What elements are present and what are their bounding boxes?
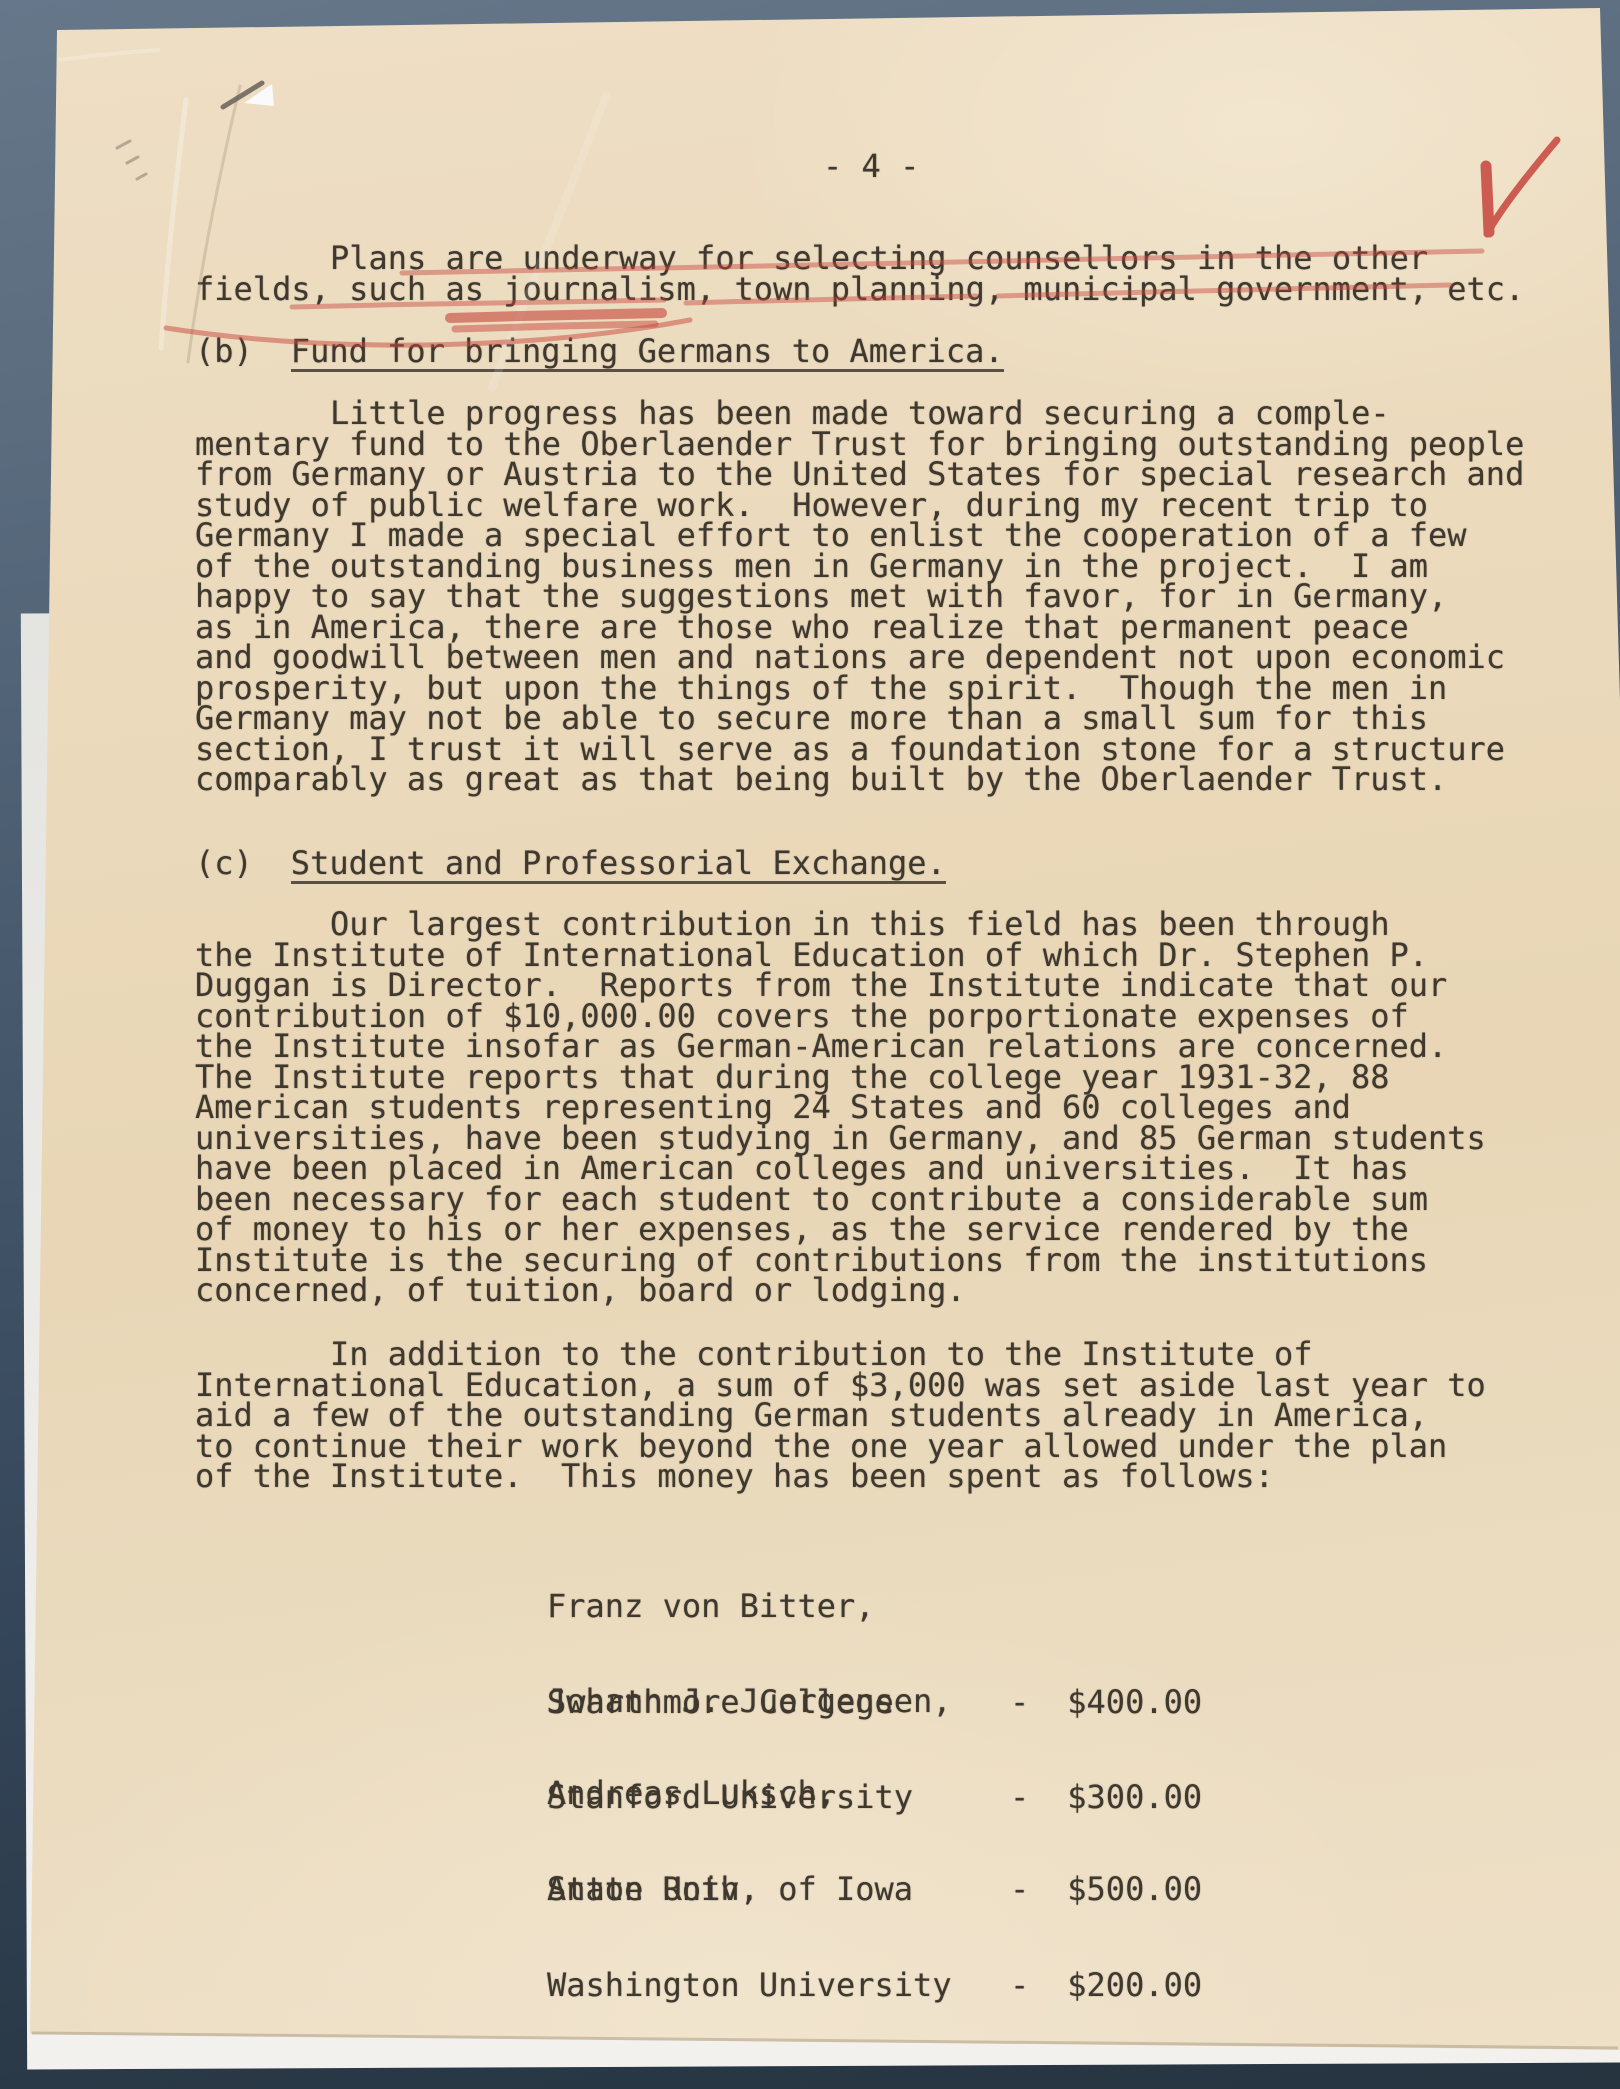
text-line: Duggan is Director. Reports from the Ins… <box>195 970 1486 1001</box>
text-line: Germany may not be able to secure more t… <box>195 703 1524 734</box>
section-label: (c) <box>195 848 253 879</box>
text-line: fields, such as journalism, town plannin… <box>195 274 1524 305</box>
text-line: have been placed in American colleges an… <box>195 1153 1486 1184</box>
text-line: Our largest contribution in this field h… <box>195 909 1486 940</box>
fund-college: Washington University <box>547 1969 1010 2001</box>
section-title: Fund for bringing Germans to America. <box>291 336 1004 372</box>
section-c-body-2: In addition to the contribution to the I… <box>195 1339 1486 1492</box>
fund-amount: $200.00 <box>1067 1969 1202 2001</box>
fund-recipient-name: Franz von Bitter, <box>547 1590 1202 1622</box>
text-line: Plans are underway for selecting counsel… <box>195 243 1524 274</box>
text-line: happy to say that the suggestions met wi… <box>195 581 1524 612</box>
fund-recipient-name: Andreas Luksch, <box>547 1777 1202 1809</box>
section-title: Student and Professorial Exchange. <box>291 848 946 884</box>
intro-paragraph: Plans are underway for selecting counsel… <box>195 243 1524 304</box>
page-number: - 4 - <box>823 151 919 182</box>
text-line: comparably as great as that being built … <box>195 764 1524 795</box>
text-line: Germany I made a special effort to enlis… <box>195 520 1524 551</box>
section-c-body: Our largest contribution in this field h… <box>195 909 1486 1306</box>
fund-separator: - <box>1010 1966 1029 2004</box>
section-c-heading: (c)Student and Professorial Exchange. <box>195 848 946 884</box>
text-line: aid a few of the outstanding German stud… <box>195 1400 1486 1431</box>
text-line: In addition to the contribution to the I… <box>195 1339 1486 1370</box>
text-line: the Institute insofar as German-American… <box>195 1031 1486 1062</box>
desk-background: { "page_number": "- 4 -", "intro": { "li… <box>0 0 1620 2089</box>
section-b-heading: (b)Fund for bringing Germans to America. <box>195 336 1004 372</box>
text-line: Little progress has been made toward sec… <box>195 398 1524 429</box>
section-b-body: Little progress has been made toward sec… <box>195 398 1524 795</box>
text-line: and goodwill between men and nations are… <box>195 642 1524 673</box>
document-page: - 4 - Plans are underway for selecting c… <box>0 0 1620 2089</box>
fund-detail-line: Washington University-$200.00 <box>547 1969 1202 2001</box>
fund-item: Anton Roth, Washington University-$200.0… <box>547 1809 1202 2065</box>
text-line: of the Institute. This money has been sp… <box>195 1461 1486 1492</box>
text-line: American students representing 24 States… <box>195 1092 1486 1123</box>
fund-recipient-name: Anton Roth, <box>547 1873 1202 1905</box>
section-label: (b) <box>195 336 253 367</box>
text-line: from Germany or Austria to the United St… <box>195 459 1524 490</box>
text-line: concerned, of tuition, board or lodging. <box>195 1275 1486 1306</box>
text-line: of money to his or her expenses, as the … <box>195 1214 1486 1245</box>
